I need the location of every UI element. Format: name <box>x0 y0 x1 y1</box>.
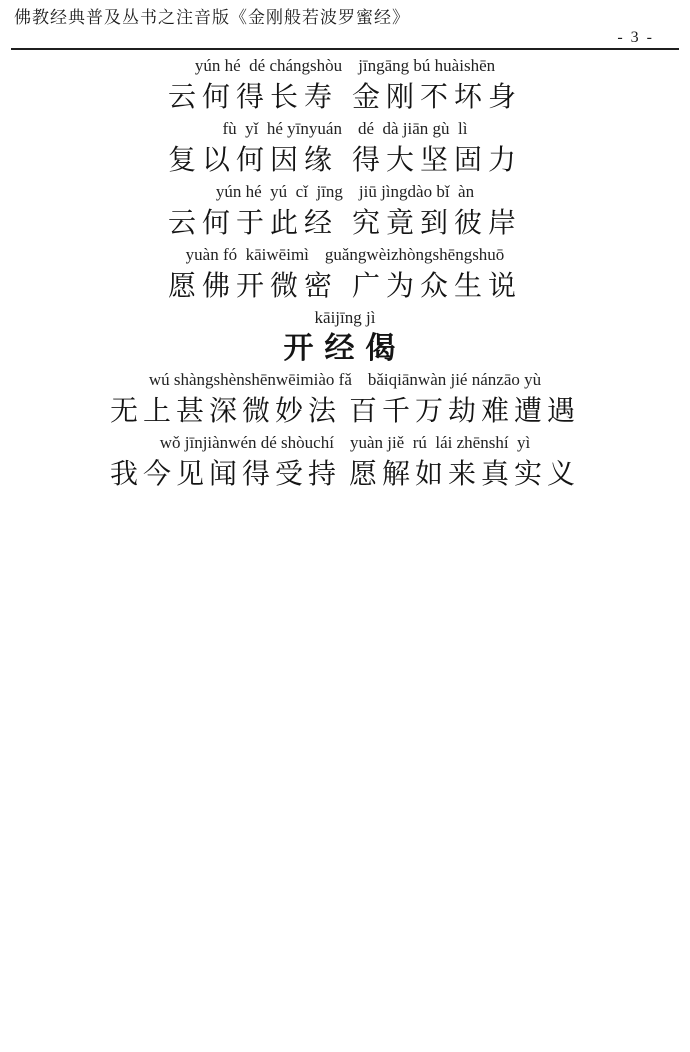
pinyin-left: yuàn fó kāiwēimì <box>186 245 309 264</box>
hanzi-left: 无上甚深微妙法 <box>110 396 341 427</box>
hanzi-line: 愿佛开微密广为众生说 <box>0 266 690 307</box>
hanzi-right: 究竟到彼岸 <box>352 208 522 239</box>
pinyin-left: yún hé dé chángshòu <box>195 56 342 75</box>
hanzi-left: 愿佛开微密 <box>168 271 338 302</box>
hanzi-right: 愿解如来真实义 <box>349 459 580 490</box>
pinyin-right: jīngāng bú huàishēn <box>358 56 495 75</box>
hanzi-right: 金刚不坏身 <box>352 82 522 113</box>
hanzi-right: 广为众生说 <box>352 271 522 302</box>
pinyin-line: fù yǐ hé yīnyuándé dà jiān gù lì <box>0 118 690 140</box>
pinyin-line: wú shàngshènshēnwēimiào fǎbǎiqiānwàn jié… <box>0 369 690 391</box>
pinyin-line: yún hé yú cǐ jīngjiū jìngdào bǐ àn <box>0 181 690 203</box>
series-title: 佛教经典普及丛书之注音版《金刚般若波罗蜜经》 <box>14 8 676 28</box>
verse-line-1: yún hé dé chángshòujīngāng bú huàishēn 云… <box>0 55 690 118</box>
hanzi-line: 云何得长寿金刚不坏身 <box>0 77 690 118</box>
document-page: 佛教经典普及丛书之注音版《金刚般若波罗蜜经》 - 3 - yún hé dé c… <box>0 0 690 1052</box>
pinyin-right: jiū jìngdào bǐ àn <box>359 182 474 201</box>
pinyin-right: bǎiqiānwàn jié nánzāo yù <box>368 370 541 389</box>
hanzi-right: 得大坚固力 <box>352 145 522 176</box>
hanzi-line: 我今见闻得受持愿解如来真实义 <box>0 454 690 495</box>
hanzi-left: 云何得长寿 <box>168 82 338 113</box>
pinyin-left: wǒ jīnjiànwén dé shòuchí <box>160 433 334 452</box>
hanzi-left: 复以何因缘 <box>168 145 338 176</box>
section-title-hanzi: 开经偈 <box>0 329 690 369</box>
hanzi-left: 我今见闻得受持 <box>110 459 341 490</box>
hanzi-line: 无上甚深微妙法百千万劫难遭遇 <box>0 391 690 432</box>
gatha-line-2: wǒ jīnjiànwén dé shòuchíyuàn jiě rú lái … <box>0 432 690 495</box>
gatha-line-1: wú shàngshènshēnwēimiào fǎbǎiqiānwàn jié… <box>0 369 690 432</box>
page-number: - 3 - <box>14 28 676 47</box>
pinyin-line: yuàn fó kāiwēimìguǎngwèizhòngshēngshuō <box>0 244 690 266</box>
hanzi-line: 复以何因缘得大坚固力 <box>0 140 690 181</box>
pinyin-line: wǒ jīnjiànwén dé shòuchíyuàn jiě rú lái … <box>0 432 690 454</box>
page-header: 佛教经典普及丛书之注音版《金刚般若波罗蜜经》 - 3 - <box>0 0 690 47</box>
section-title: kāijīng jì 开经偈 <box>0 307 690 369</box>
scripture-content: yún hé dé chángshòujīngāng bú huàishēn 云… <box>0 55 690 495</box>
pinyin-left: wú shàngshènshēnwēimiào fǎ <box>149 370 352 389</box>
verse-line-4: yuàn fó kāiwēimìguǎngwèizhòngshēngshuō 愿… <box>0 244 690 307</box>
hanzi-line: 云何于此经究竟到彼岸 <box>0 203 690 244</box>
hanzi-left: 云何于此经 <box>168 208 338 239</box>
pinyin-right: dé dà jiān gù lì <box>358 119 468 138</box>
pinyin-line: yún hé dé chángshòujīngāng bú huàishēn <box>0 55 690 77</box>
section-title-pinyin: kāijīng jì <box>0 307 690 329</box>
pinyin-left: yún hé yú cǐ jīng <box>216 182 343 201</box>
verse-line-3: yún hé yú cǐ jīngjiū jìngdào bǐ àn 云何于此经… <box>0 181 690 244</box>
header-rule <box>11 48 679 50</box>
verse-line-2: fù yǐ hé yīnyuándé dà jiān gù lì 复以何因缘得大… <box>0 118 690 181</box>
pinyin-right: guǎngwèizhòngshēngshuō <box>325 245 504 264</box>
pinyin-right: yuàn jiě rú lái zhēnshí yì <box>350 433 530 452</box>
pinyin-left: fù yǐ hé yīnyuán <box>223 119 342 138</box>
hanzi-right: 百千万劫难遭遇 <box>349 396 580 427</box>
